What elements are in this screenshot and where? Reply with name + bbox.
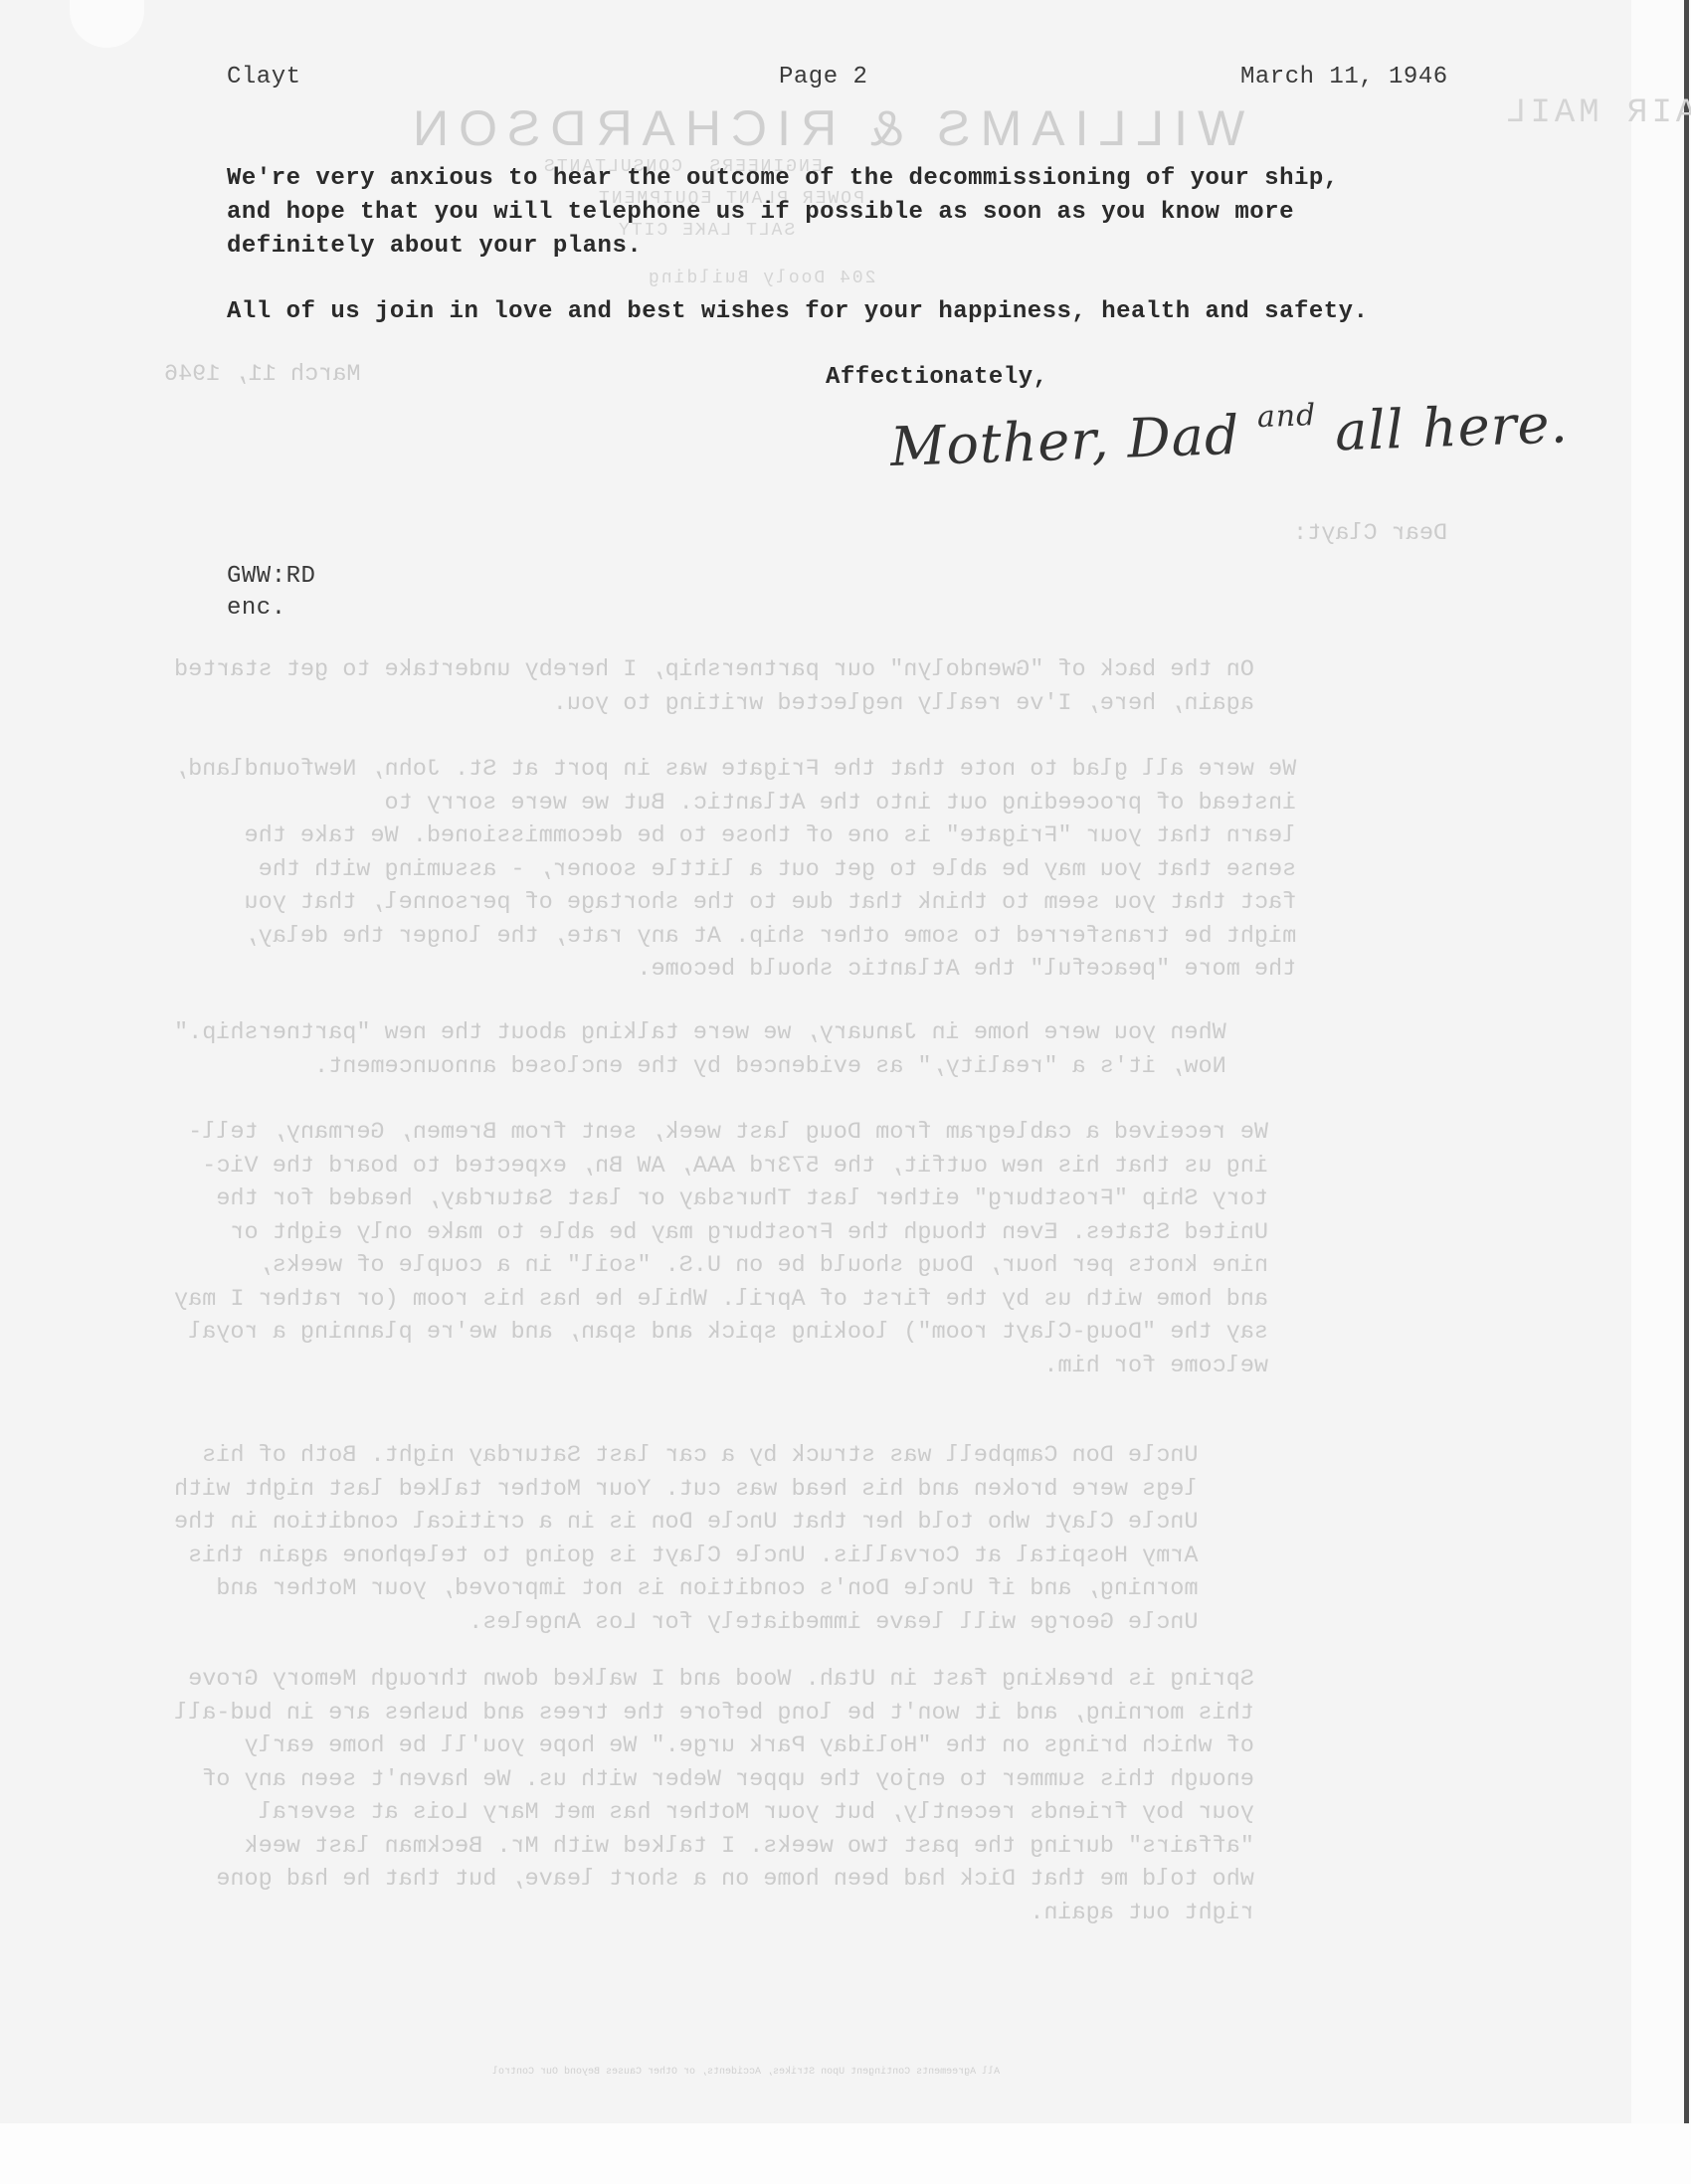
bleed-corner-mark: AIR MAIL <box>1502 94 1691 132</box>
enclosure-notation: enc. <box>227 595 286 622</box>
bleed-footer: All Agreements Contingent Upon Strikes, … <box>492 2067 1000 2078</box>
body-line: We're very anxious to hear the outcome o… <box>227 165 1339 192</box>
bleed-paragraph: We received a cablegram from Doug last w… <box>174 1049 1268 1416</box>
bleed-paragraph: Spring is breaking fast in Utah. Wood an… <box>174 1596 1254 1963</box>
body-line: definitely about your plans. <box>227 233 642 260</box>
scan-background <box>0 2123 1691 2184</box>
header-recipient: Clayt <box>227 64 301 91</box>
signature-and: and <box>1256 398 1317 435</box>
signature-all-here: all here. <box>1334 392 1570 462</box>
bleed-letterhead: WILLIAMS & RICHARDSON <box>403 99 1244 157</box>
bleed-salutation: Dear Clayt: <box>1293 517 1447 551</box>
bleed-address-line: 204 Dooly Building <box>647 269 875 288</box>
page-margin-right <box>1631 0 1686 2123</box>
scan-edge <box>1684 0 1689 2123</box>
header-page-number: Page 2 <box>779 64 867 91</box>
reference-initials: GWW:RD <box>227 563 315 590</box>
body-line: and hope that you will telephone us if p… <box>227 199 1294 226</box>
signature-names: Mother, Dad <box>889 404 1241 478</box>
valediction: Affectionately, <box>826 364 1048 391</box>
header-date: March 11, 1946 <box>1240 64 1448 91</box>
bleed-date: March 11, 1946 <box>164 358 360 392</box>
body-paragraph-2: All of us join in love and best wishes f… <box>227 298 1368 325</box>
